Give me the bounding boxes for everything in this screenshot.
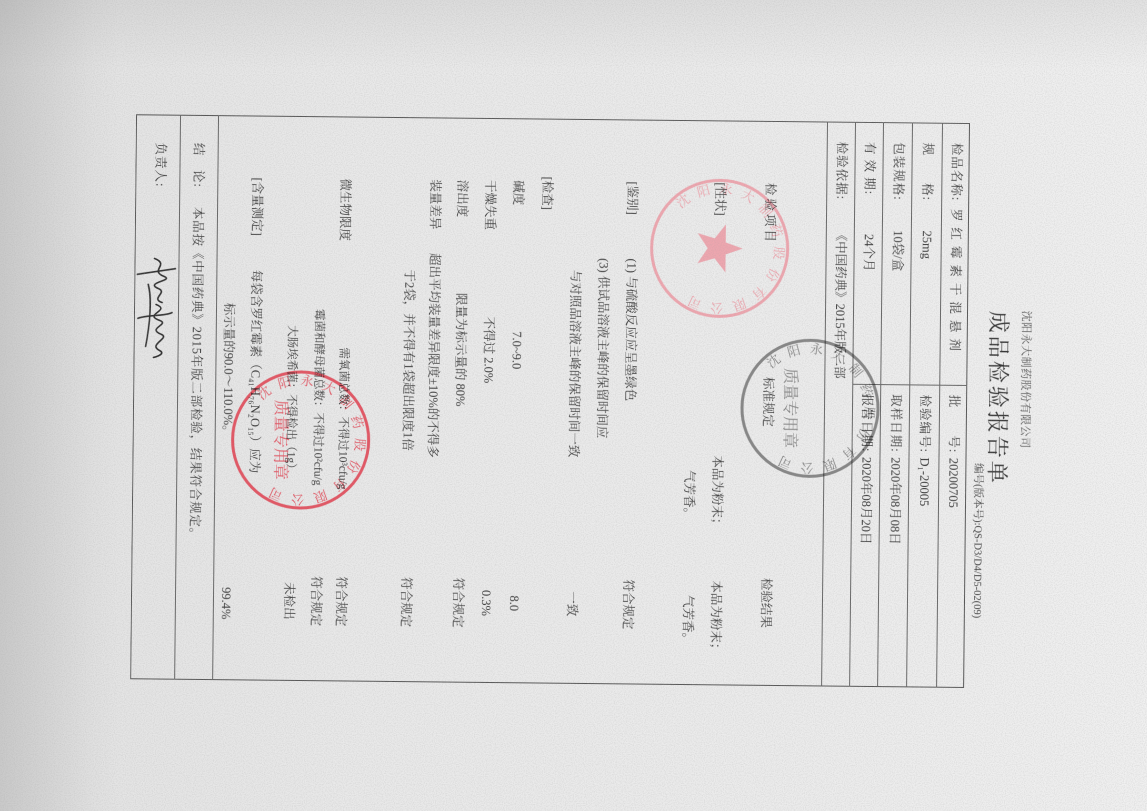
test-no-value: D₁-20005 [916,457,933,506]
stamp-ring [232,371,369,508]
product-name-value: 罗红霉素干混悬剂 [947,209,965,357]
sampling-date-label: 取样日期: [888,394,905,453]
scan-shadow-left [0,0,120,811]
stamp-center-text: 质量专用章 [781,368,801,448]
test-standard: (1) 与硫酸反应应呈墨绿色 [622,258,639,401]
conclusion-label: 结 论: [190,143,206,188]
test-standard: 超出平均装量差异限度±10%的不得多 [424,205,443,505]
test-no-label: 检验编号: [917,394,934,453]
report-title: 成品检验报告单 [983,248,1012,548]
inspection-report: 沈阳永大制药股份有限公司 成品检验报告单 编号(版本号):QS-D3/D4/D5… [130,114,970,688]
scanned-page: 沈阳永大制药股份有限公司 成品检验报告单 编号(版本号):QS-D3/D4/D5… [0,0,1147,811]
validity-label: 有 效 期: [861,142,878,195]
test-section-heading: [检查] [539,176,555,209]
version-code: 编号(版本号):QS-D3/D4/D5-02(09) [968,463,986,618]
test-result: 符合规定 [448,453,467,753]
spec-label: 规 格: [919,142,936,201]
batch-no-label: 批 号: [946,395,963,454]
test-result: 符合规定 [618,454,637,754]
spec-value: 25mg [919,230,935,259]
handwritten-signature [133,254,178,359]
test-standard: 气芳香。 [681,470,698,520]
stamp-center-text: 质量专用章 [271,400,291,480]
stamp-red-quality: 沈阳永大制药股份有限公司 质量专用章 [225,364,377,516]
package-value: 10袋/盒 [889,230,905,271]
star-icon [697,224,743,272]
package-label: 包装规格: [890,142,907,201]
test-item: 微生物限度 [337,178,354,241]
stamp-gray-quality: 沈阳永大制药股份有限公司 质量专用章 [734,333,886,485]
test-result: 8.0 [504,453,523,753]
scan-shadow-top [0,0,1147,70]
test-result: 气芳香。 [680,595,697,645]
test-standard: 与对照品溶液主峰的保留时间一致 [565,270,583,458]
stamp-red-star: 沈阳永大制药股份有限公司 [644,173,796,325]
product-name-label: 检品名称: [948,143,965,202]
test-standard: (3) 供试品溶液主峰的保留时间应 [594,258,612,438]
test-result: 符合规定 [396,452,415,752]
batch-no-value: 20200705 [945,458,962,508]
column-header-result: 检验结果 [756,453,775,753]
validity-value: 24个月 [860,234,876,272]
stamp-ring [741,340,878,477]
test-standard: 本品为粉末； [709,455,726,530]
test-result: 一致 [562,454,581,754]
responsible-label: 负责人: [152,142,168,187]
basis-label: 检验依据: [833,142,850,201]
test-item: [鉴别] [624,181,640,214]
sampling-date-value: 2020年08月08日 [887,457,904,545]
company-name: 沈阳永大制药股份有限公司 [1016,230,1035,530]
test-result: 0.3% [476,453,495,753]
test-result: 本品为粉末； [707,580,724,655]
